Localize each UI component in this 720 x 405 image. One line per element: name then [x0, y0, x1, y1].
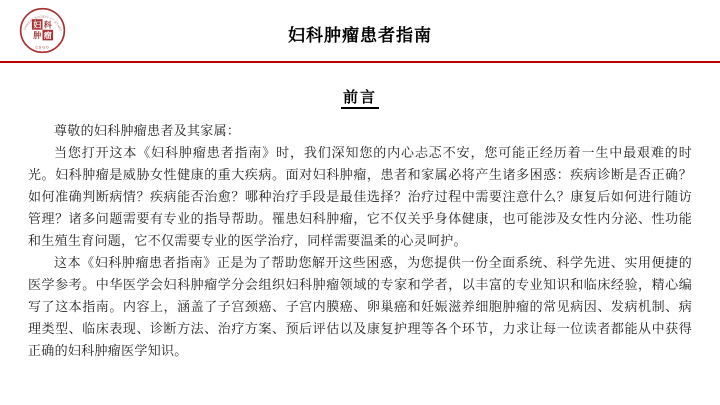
page-title: 妇科肿瘤患者指南: [0, 0, 720, 46]
seal-char-liu: 瘤: [44, 30, 52, 40]
page-header: CHINESE SOCIETY OF GYNECOLOGICAL ONCOLOG…: [0, 0, 720, 61]
document-page: CHINESE SOCIETY OF GYNECOLOGICAL ONCOLOG…: [0, 0, 720, 405]
section-title: 前言: [341, 89, 379, 109]
section-heading: 前言: [28, 86, 692, 107]
seal-char-ke: 科: [43, 19, 53, 29]
paragraph-2: 这本《妇科肿瘤患者指南》正是为了帮助您解开这些困惑，为您提供一份全面系统、科学先…: [28, 252, 692, 362]
seal-char-fu: 妇: [33, 19, 41, 29]
paragraph-1: 当您打开这本《妇科肿瘤患者指南》时，我们深知您的内心忐忑不安，您可能正经历着一生…: [28, 142, 692, 252]
header-divider: [0, 61, 720, 63]
seal-icon: CHINESE SOCIETY OF GYNECOLOGICAL ONCOLOG…: [19, 7, 66, 54]
society-seal-logo: CHINESE SOCIETY OF GYNECOLOGICAL ONCOLOG…: [19, 7, 66, 54]
seal-bottom-text: CSGO: [35, 45, 49, 49]
salutation-line: 尊敬的妇科肿瘤患者及其家属：: [28, 120, 692, 142]
main-content: 前言 尊敬的妇科肿瘤患者及其家属： 当您打开这本《妇科肿瘤患者指南》时，我们深知…: [0, 86, 720, 362]
seal-char-zhong: 肿: [33, 30, 41, 40]
preface-body: 尊敬的妇科肿瘤患者及其家属： 当您打开这本《妇科肿瘤患者指南》时，我们深知您的内…: [28, 120, 692, 362]
